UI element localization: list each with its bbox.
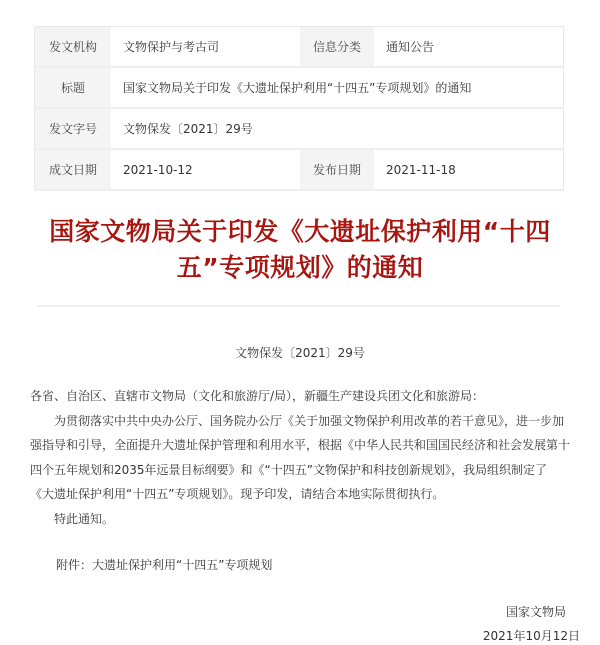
issuer-value: 文物保护与考古司 [111, 27, 300, 68]
category-value: 通知公告 [374, 27, 564, 68]
publish-date-label: 发布日期 [300, 149, 374, 190]
signature-date: 2021年10月12日 [483, 627, 580, 644]
written-date-value: 2021-10-12 [111, 149, 300, 190]
meta-row-dates: 成文日期 2021-10-12 发布日期 2021-11-18 [35, 149, 564, 190]
metadata-table: 发文机构 文物保护与考古司 信息分类 通知公告 标题 国家文物局关于印发《大遗址… [34, 26, 564, 191]
title-label: 标题 [35, 67, 111, 108]
meta-row-title: 标题 国家文物局关于印发《大遗址保护利用“十四五”专项规划》的通知 [35, 67, 564, 108]
signatory: 国家文物局 [506, 603, 566, 620]
document-title: 国家文物局关于印发《大遗址保护利用“十四五”专项规划》的通知 [30, 214, 570, 286]
issuer-label: 发文机构 [35, 27, 111, 68]
docno-label: 发文字号 [35, 108, 111, 149]
salutation: 各省、自治区、直辖市文物局（文化和旅游厅/局），新疆生产建设兵团文化和旅游局： [30, 384, 570, 409]
document-number: 文物保发〔2021〕29号 [0, 344, 600, 361]
meta-row-issuer: 发文机构 文物保护与考古司 信息分类 通知公告 [35, 27, 564, 68]
written-date-label: 成文日期 [35, 149, 111, 190]
title-divider [37, 305, 560, 307]
body-paragraph: 为贯彻落实中共中央办公厅、国务院办公厅《关于加强文物保护利用改革的若干意见》，进… [30, 409, 570, 507]
document-body: 各省、自治区、直辖市文物局（文化和旅游厅/局），新疆生产建设兵团文化和旅游局： … [30, 384, 570, 531]
meta-row-docno: 发文字号 文物保发〔2021〕29号 [35, 108, 564, 149]
docno-value: 文物保发〔2021〕29号 [111, 108, 564, 149]
title-value: 国家文物局关于印发《大遗址保护利用“十四五”专项规划》的通知 [111, 67, 564, 108]
attachment-link[interactable]: 附件：大遗址保护利用“十四五”专项规划 [56, 556, 272, 573]
publish-date-value: 2021-11-18 [374, 149, 564, 190]
category-label: 信息分类 [300, 27, 374, 68]
closing-text: 特此通知。 [30, 507, 570, 532]
